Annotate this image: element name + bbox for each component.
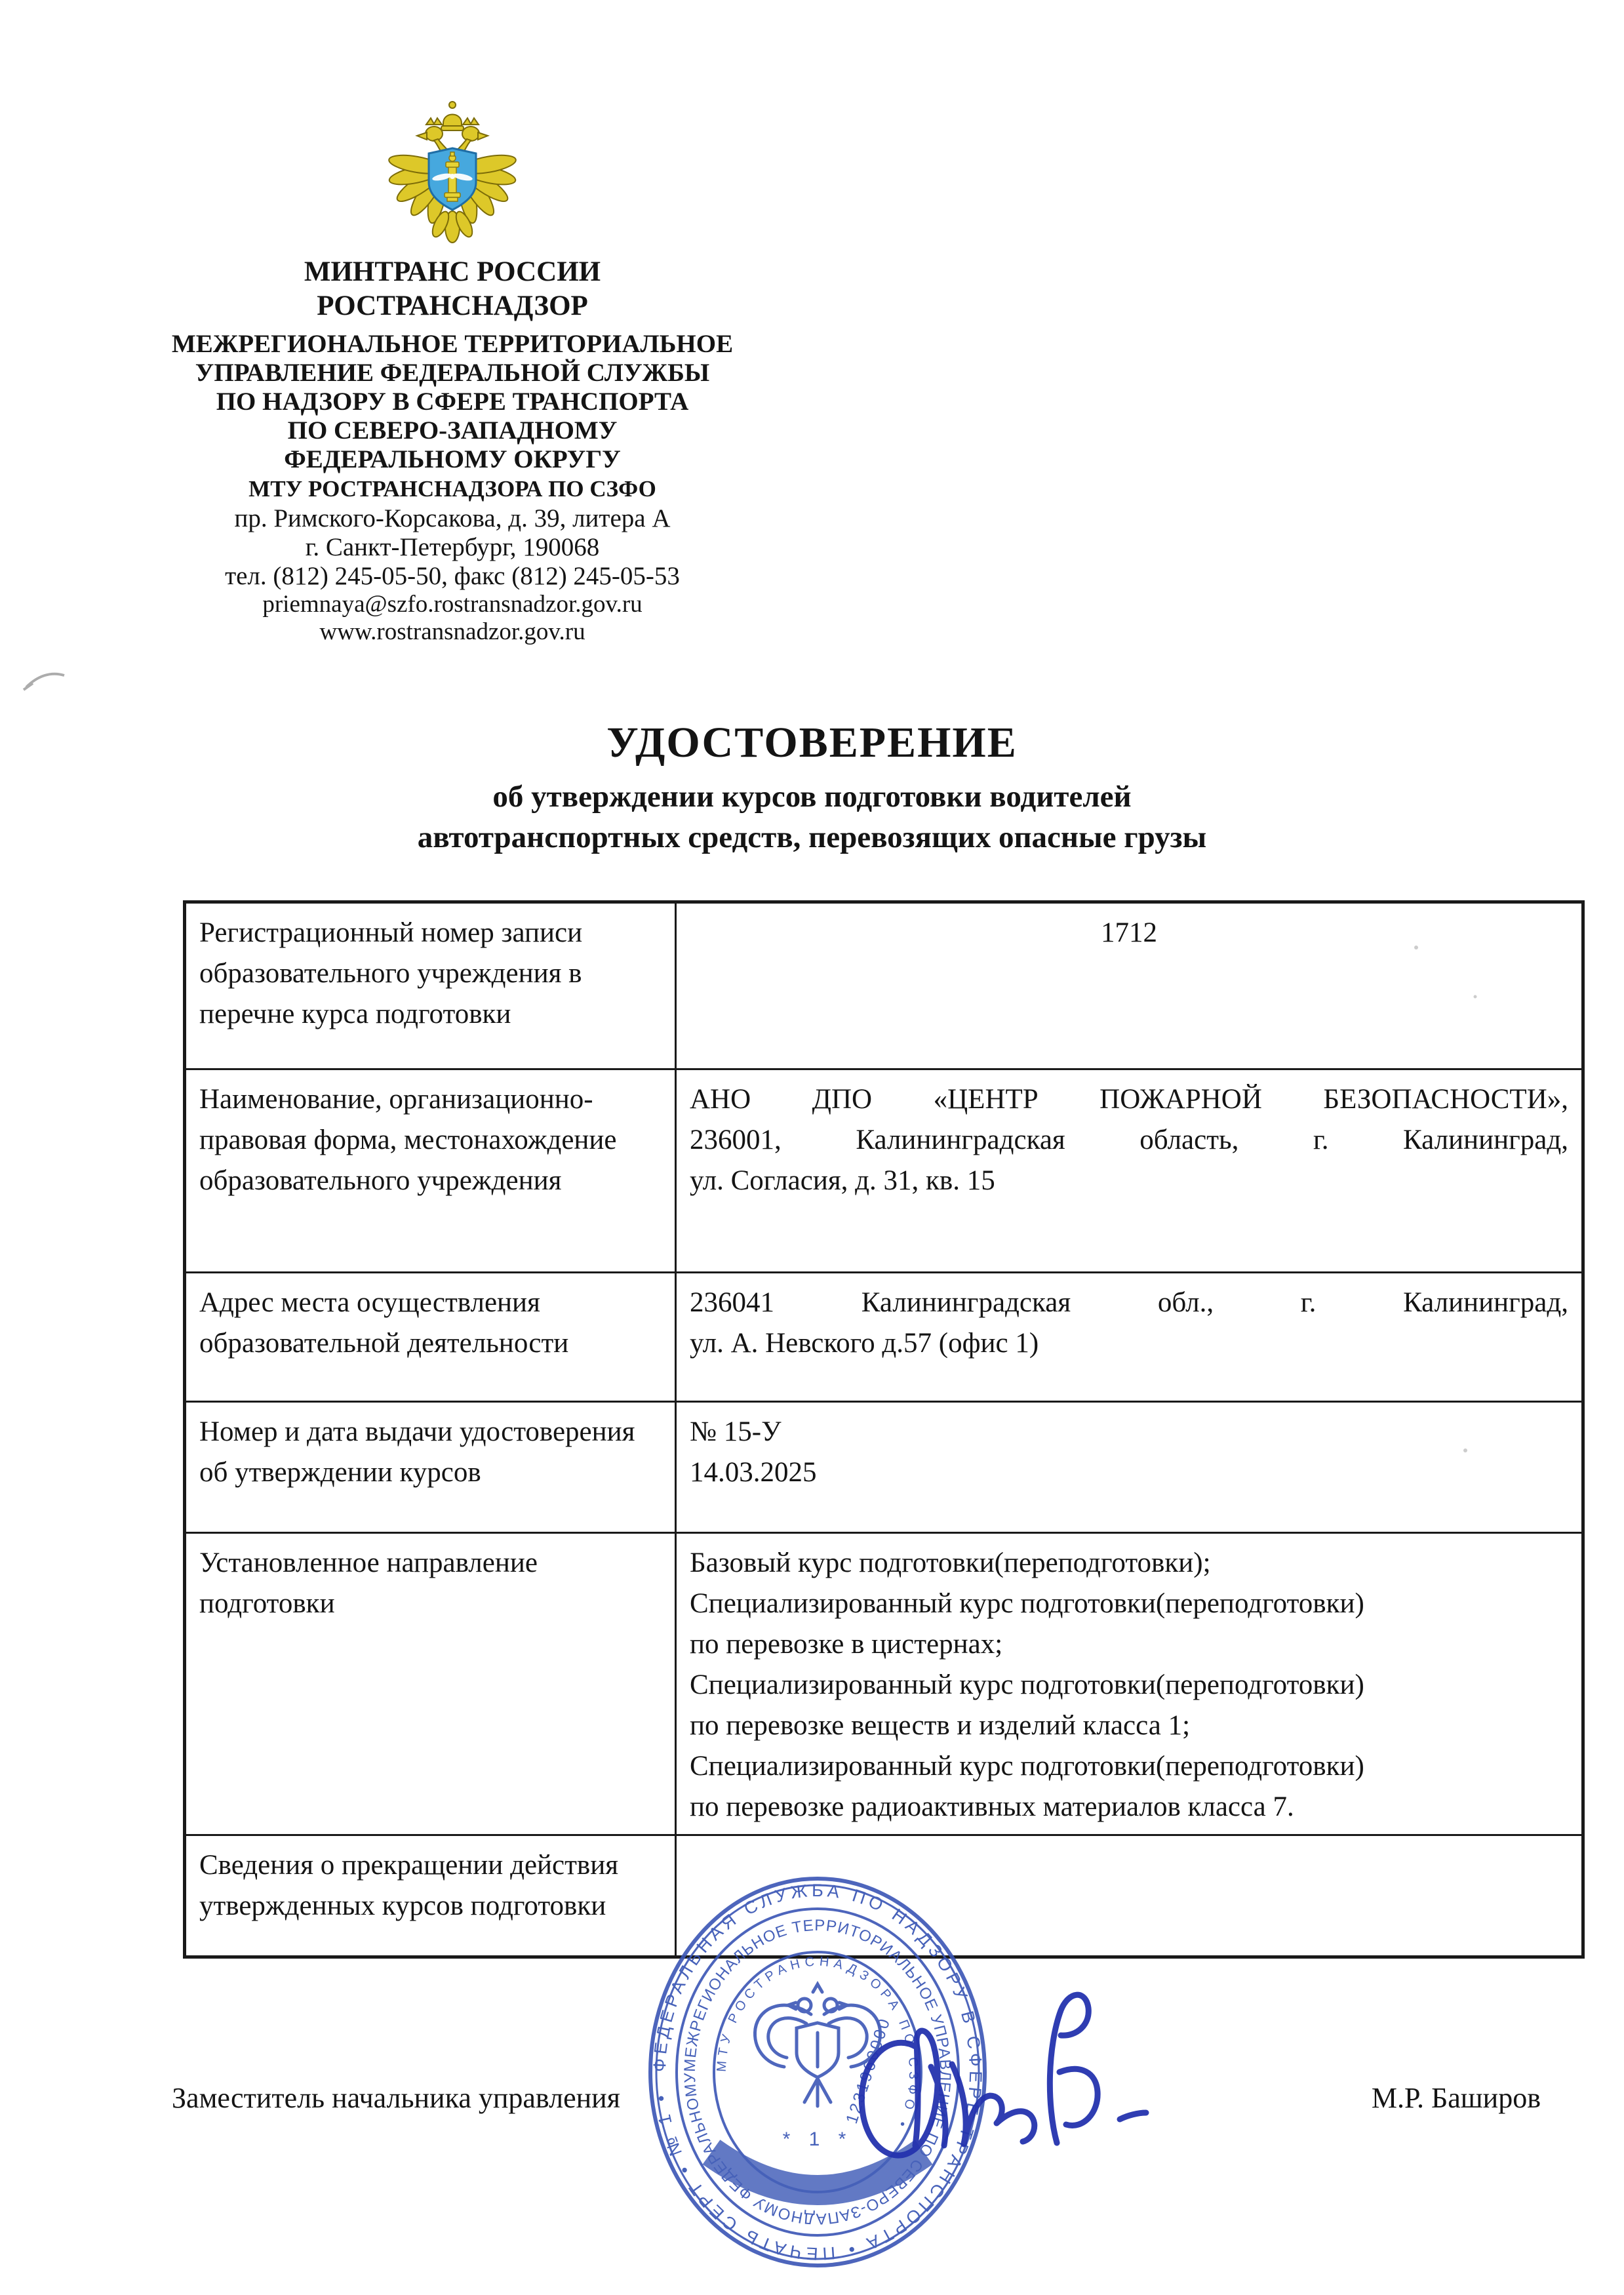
row-label-organization: Наименование, организационно-правовая фо… [185,1069,676,1273]
address-line: пр. Римского-Корсакова, д. 39, литера А [164,504,741,533]
org-line: МИНТРАНС РОССИИ [164,255,741,289]
row-value-activity-address: 236041 Калининградская обл., г. Калининг… [676,1273,1583,1402]
table-row: Адрес места осуществления образовательно… [185,1273,1583,1402]
certificate-page: МИНТРАНС РОССИИ РОСТРАНСНАДЗОР МЕЖРЕГИОН… [0,0,1624,2295]
org-line: РОСТРАНСНАДЗОР [164,289,741,323]
email-line: priemnaya@szfo.rostransnadzor.gov.ru [164,591,741,618]
value-line: 236001, Калининградская область, г. Кали… [690,1120,1568,1161]
org-line: ПО НАДЗОРУ В СФЕРЕ ТРАНСПОРТА [164,388,741,416]
stamp-bottom-band [711,2152,924,2190]
value-line: Специализированный курс подготовки(переп… [690,1746,1568,1787]
table-row: Номер и дата выдачи удостоверения об утв… [185,1402,1583,1533]
value-line: ул. Согласия, д. 31, кв. 15 [690,1161,1568,1201]
row-label-termination-info: Сведения о прекращении действия утвержде… [185,1835,676,1957]
value-line: по перевозке веществ и изделий класса 1; [690,1706,1568,1746]
table-row: Регистрационный номер записи образовател… [185,902,1583,1069]
document-subtitle: автотранспортных средств, перевозящих оп… [0,817,1624,858]
stamp-center-mark: * 1 * [783,2128,853,2150]
value-line: Специализированный курс подготовки(переп… [690,1584,1568,1624]
value-line: Базовый курс подготовки(переподготовки); [690,1543,1568,1584]
website-line: www.rostransnadzor.gov.ru [164,618,741,646]
value-line: 236041 Калининградская обл., г. Калининг… [690,1283,1568,1323]
row-value-organization: АНО ДПО «ЦЕНТР ПОЖАРНОЙ БЕЗОПАСНОСТИ», 2… [676,1069,1583,1273]
document-subtitle: об утверждении курсов подготовки водител… [0,776,1624,817]
table-row: Сведения о прекращении действия утвержде… [185,1835,1583,1957]
org-line: МЕЖРЕГИОНАЛЬНОЕ ТЕРРИТОРИАЛЬНОЕ [164,330,741,359]
row-label-training-direction: Установленное направление подготовки [185,1533,676,1835]
org-line: ФЕДЕРАЛЬНОМУ ОКРУГУ [164,445,741,474]
signature-autograph [862,1995,1146,2155]
table-row: Установленное направление подготовки Баз… [185,1533,1583,1835]
rostransnadzor-emblem-icon [164,98,741,252]
certificate-number: № 15-У [690,1412,1568,1452]
certificate-table: Регистрационный номер записи образовател… [183,900,1585,1959]
row-label-registration-number: Регистрационный номер записи образовател… [185,902,676,1069]
table-row: Наименование, организационно-правовая фо… [185,1069,1583,1273]
value-line: ул. А. Невского д.57 (офис 1) [690,1323,1568,1364]
signer-position: Заместитель начальника управления [172,2080,620,2117]
row-label-number-date: Номер и дата выдачи удостоверения об утв… [185,1402,676,1533]
pen-mark [24,674,64,690]
address-line: г. Санкт-Петербург, 190068 [164,533,741,562]
row-label-activity-address: Адрес места осуществления образовательно… [185,1273,676,1402]
org-line: ПО СЕВЕРО-ЗАПАДНОМУ [164,416,741,445]
signer-name: М.Р. Баширов [1372,2080,1541,2117]
row-value-termination-info [676,1835,1583,1957]
value-line: АНО ДПО «ЦЕНТР ПОЖАРНОЙ БЕЗОПАСНОСТИ», [690,1079,1568,1120]
phone-line: тел. (812) 245-05-50, факс (812) 245-05-… [164,562,741,591]
certificate-date: 14.03.2025 [690,1452,1568,1493]
value-line: по перевозке в цистернах; [690,1624,1568,1665]
signature-block: Заместитель начальника управления М.Р. Б… [172,2080,1541,2117]
value-line: Специализированный курс подготовки(переп… [690,1665,1568,1706]
letterhead: МИНТРАНС РОССИИ РОСТРАНСНАДЗОР МЕЖРЕГИОН… [164,98,741,646]
document-title: УДОСТОВЕРЕНИЕ [0,719,1624,767]
row-value-registration-number: 1712 [676,902,1583,1069]
org-short-name: МТУ РОСТРАНСНАДЗОРА ПО СЗФО [164,474,741,504]
row-value-training-direction: Базовый курс подготовки(переподготовки);… [676,1533,1583,1835]
org-line: УПРАВЛЕНИЕ ФЕДЕРАЛЬНОЙ СЛУЖБЫ [164,359,741,388]
value-line: по перевозке радиоактивных материалов кл… [690,1787,1568,1827]
document-title-block: УДОСТОВЕРЕНИЕ об утверждении курсов подг… [0,719,1624,858]
row-value-number-date: № 15-У 14.03.2025 [676,1402,1583,1533]
